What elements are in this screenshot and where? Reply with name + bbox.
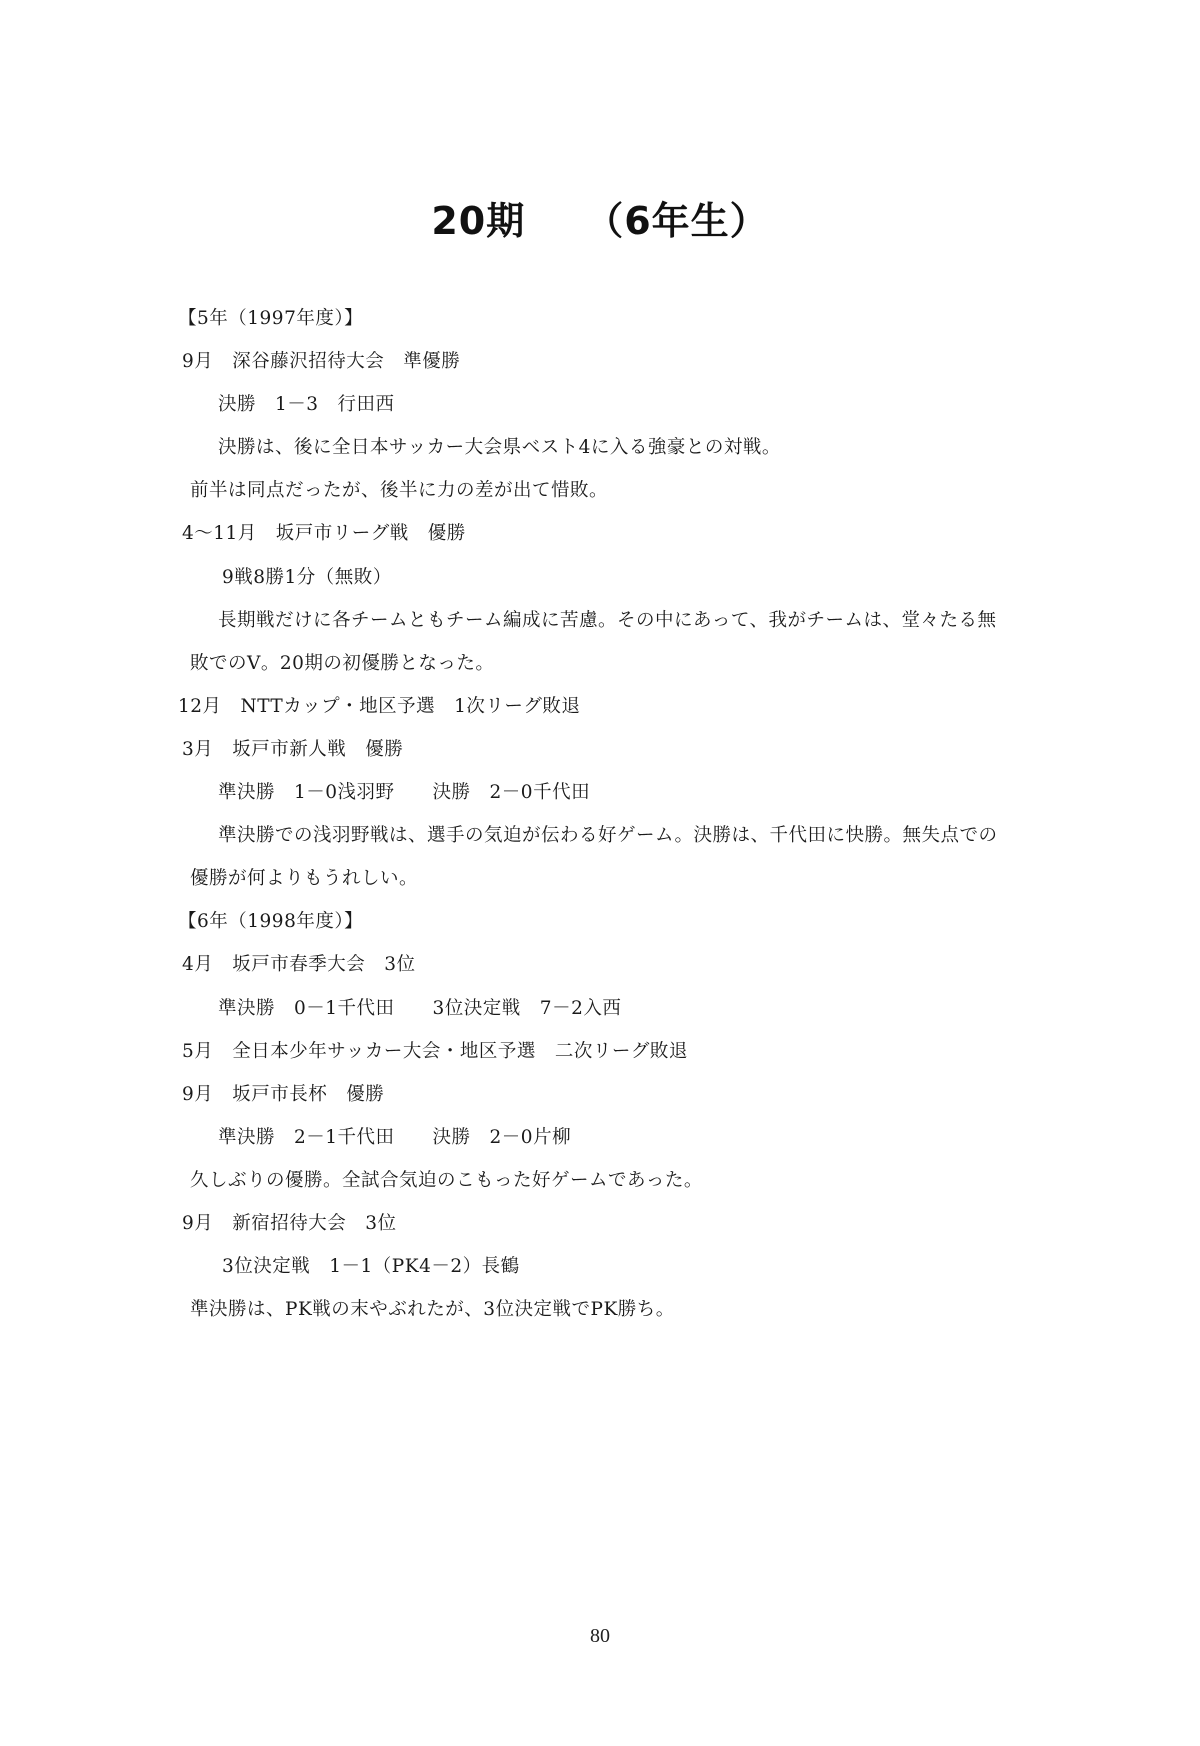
event-line: 12月 NTTカップ・地区予選 1次リーグ敗退 xyxy=(178,685,1078,728)
result-line: 準決勝 0－1千代田 3位決定戦 7－2入西 xyxy=(178,987,1078,1030)
result-line: 準決勝 2－1千代田 決勝 2－0片柳 xyxy=(178,1116,1078,1159)
event-line: 9月 坂戸市長杯 優勝 xyxy=(178,1073,1078,1116)
comment-line: 前半は同点だったが、後半に力の差が出て惜敗。 xyxy=(178,469,1078,512)
event-line: 3月 坂戸市新人戦 優勝 xyxy=(178,728,1078,771)
event-line: 9月 深谷藤沢招待大会 準優勝 xyxy=(178,340,1078,383)
comment-line: 敗でのV。20期の初優勝となった。 xyxy=(178,642,1078,685)
event-line: 5月 全日本少年サッカー大会・地区予選 二次リーグ敗退 xyxy=(178,1030,1078,1073)
result-line: 決勝 1－3 行田西 xyxy=(178,383,1078,426)
document-body: 【5年（1997年度）】 9月 深谷藤沢招待大会 準優勝 決勝 1－3 行田西 … xyxy=(178,297,1078,1331)
page-title: 20期（6年生） xyxy=(0,190,1200,245)
event-line: 4月 坂戸市春季大会 3位 xyxy=(178,943,1078,986)
comment-line: 優勝が何よりもうれしい。 xyxy=(178,857,1078,900)
result-line: 準決勝 1－0浅羽野 決勝 2－0千代田 xyxy=(178,771,1078,814)
event-line: 4～11月 坂戸市リーグ戦 優勝 xyxy=(178,512,1078,555)
result-line: 3位決定戦 1－1（PK4－2）長鶴 xyxy=(178,1245,1078,1288)
comment-line: 準決勝での浅羽野戦は、選手の気迫が伝わる好ゲーム。決勝は、千代田に快勝。無失点で… xyxy=(178,814,1078,857)
event-line: 9月 新宿招待大会 3位 xyxy=(178,1202,1078,1245)
comment-line: 決勝は、後に全日本サッカー大会県ベスト4に入る強豪との対戦。 xyxy=(178,426,1078,469)
comment-line: 長期戦だけに各チームともチーム編成に苦慮。その中にあって、我がチームは、堂々たる… xyxy=(178,599,1078,642)
comment-line: 久しぶりの優勝。全試合気迫のこもった好ゲームであった。 xyxy=(178,1159,1078,1202)
document-page: 20期（6年生） 【5年（1997年度）】 9月 深谷藤沢招待大会 準優勝 決勝… xyxy=(0,0,1200,1746)
title-period: 20期 xyxy=(431,199,525,243)
title-grade: （6年生） xyxy=(585,199,768,243)
comment-line: 準決勝は、PK戦の末やぶれたが、3位決定戦でPK勝ち。 xyxy=(178,1288,1078,1331)
page-number: 80 xyxy=(0,1625,1200,1648)
section-heading-grade5: 【5年（1997年度）】 xyxy=(178,297,1078,340)
section-heading-grade6: 【6年（1998年度）】 xyxy=(178,900,1078,943)
result-line: 9戦8勝1分（無敗） xyxy=(178,556,1078,599)
